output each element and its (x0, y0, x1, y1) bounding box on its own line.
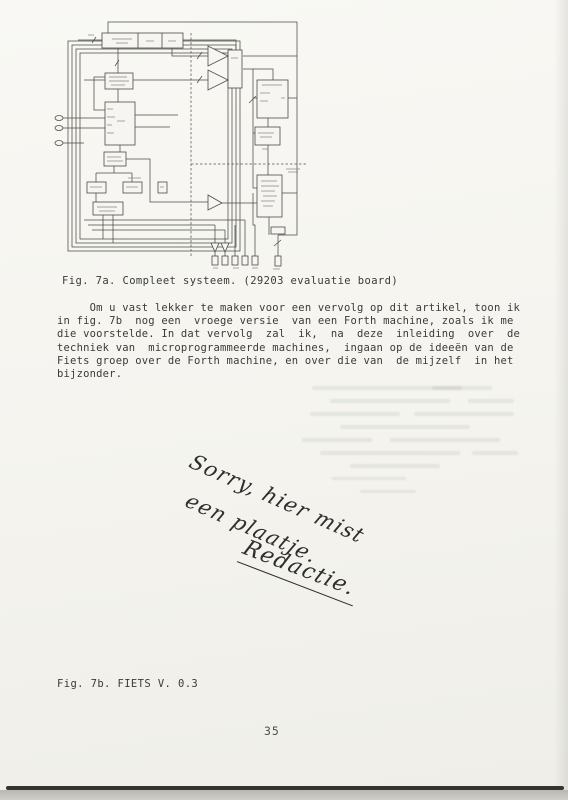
figure-7b-caption: Fig. 7b. FIETS V. 0.3 (57, 678, 198, 690)
intro-paragraph: Om u vast lekker te maken voor een vervo… (57, 302, 520, 381)
scan-edge-right (554, 0, 568, 800)
paragraph-line: Fiets groep over de Forth machine, en ov… (57, 355, 520, 368)
paragraph-line: techniek van microprogrammeerde machines… (57, 342, 520, 355)
figure-7a-caption: Fig. 7a. Compleet systeem. (29203 evalua… (62, 275, 398, 287)
paragraph-line: Om u vast lekker te maken voor een vervo… (57, 302, 520, 315)
paragraph-line: bijzonder. (57, 368, 520, 381)
page-number: 35 (264, 724, 280, 738)
diagram-dashed-boundary (191, 33, 306, 258)
figure-7a-diagram (48, 3, 313, 273)
paragraph-line: in fig. 7b nog een vroege versie van een… (57, 315, 520, 328)
scanned-page: Fig. 7a. Compleet systeem. (29203 evalua… (0, 0, 568, 800)
scan-edge-bottom-strip (0, 790, 568, 800)
paragraph-line: die voorstelde. In dat vervolg zal ik, n… (57, 328, 520, 341)
